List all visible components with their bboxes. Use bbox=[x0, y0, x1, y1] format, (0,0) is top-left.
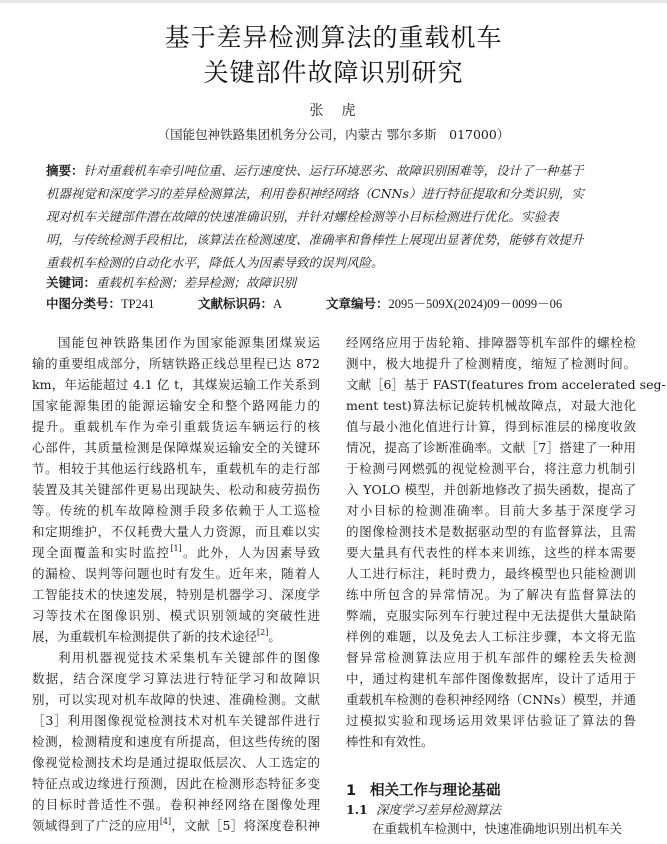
body-line: 国家能源集团的能源运输安全和整个路网能力的 bbox=[32, 398, 320, 414]
citation-ref[interactable]: [4] bbox=[160, 817, 171, 826]
body-line: 输的重要组成部分，所辖铁路正线总里程已达 872 bbox=[32, 356, 320, 372]
body-line: 对小目标的检测准确率。目前大多基于深度学习 bbox=[346, 503, 636, 519]
author-affiliation: （国能包神铁路集团机务分公司，内蒙古 鄂尔多斯 017000） bbox=[0, 125, 667, 143]
body-line: 等。传统的机车故障检测手段多依赖于人工巡检 bbox=[32, 503, 320, 519]
body-line: 入 YOLO 模型，并创新地修改了损失函数，提高了 bbox=[346, 482, 636, 498]
citation-ref[interactable]: [1] bbox=[170, 544, 181, 553]
abstract-label: 摘要： bbox=[46, 163, 84, 178]
body-line: 的目标时普适性不强。卷积神经网络在图像处理 bbox=[32, 797, 320, 813]
section-heading-1: 1相关工作与理论基础 bbox=[346, 779, 501, 800]
body-line: 展，为重载机车检测提供了新的技术途径[2]。 bbox=[32, 629, 320, 645]
body-line: 和定期维护，不仅耗费大量人力资源，而且难以实 bbox=[32, 524, 320, 540]
body-line: 现全面覆盖和实时监控[1]。此外，人为因素导致 bbox=[32, 545, 320, 561]
body-line: 像视觉检测技术均是通过提取低层次、人工选定的 bbox=[32, 755, 320, 771]
body-line: 情况，提高了诊断准确率。文献［7］搭建了一种用 bbox=[346, 440, 636, 456]
article-no-line: 文章编号：2095－509X(2024)09－0099－06 bbox=[326, 296, 562, 312]
abstract-line: 现对机车关键部件潜在故障的快速准确识别，并针对螺栓检测等小目标检测进行优化。实验… bbox=[46, 209, 606, 225]
body-line: 在重载机车检测中，快速准确地识别出机车关 bbox=[346, 821, 636, 837]
page-top-border bbox=[0, 0, 667, 3]
abstract-line: 摘要：针对重载机车牵引吨位重、运行速度快、运行环境恶劣、故障识别困难等，设计了一… bbox=[46, 163, 606, 179]
keywords-line: 关键词：重载机车检测；差异检测；故障识别 bbox=[46, 275, 606, 291]
abstract-line: 机器视觉和深度学习的差异检测算法，利用卷积神经网络（CNNs）进行特征提取和分类… bbox=[46, 186, 606, 202]
paper-title-line-2: 关键部件故障识别研究 bbox=[0, 53, 667, 89]
body-line: ［3］利用图像视觉检测技术对机车关键部件进行 bbox=[32, 713, 320, 729]
body-line: 的漏检、误判等问题也时有发生。近年来，随着人 bbox=[32, 566, 320, 582]
clc-value: TP241 bbox=[121, 297, 154, 311]
section-heading-1-1: 1.1深度学习差异检测算法 bbox=[346, 800, 501, 818]
body-line: 工智能技术的快速发展，特别是机器学习、深度学 bbox=[32, 587, 320, 603]
body-line: 习等技术在图像识别、模式识别领域的突破性进 bbox=[32, 608, 320, 624]
body-line: 练中所包含的异常情况。为了解决有监督算法的 bbox=[346, 587, 636, 603]
abstract-line: 重载机车检测的自动化水平，降低人为因素导致的误判风险。 bbox=[46, 255, 606, 271]
paper-title-line-1: 基于差异检测算法的重载机车 bbox=[0, 18, 667, 54]
body-line: 检测，检测精度和速度有所提高，但这些传统的图 bbox=[32, 734, 320, 750]
body-line: 人工进行标注，耗时费力，最终模型也只能检测训 bbox=[346, 566, 636, 582]
body-line: 测中，极大地提升了检测精度，缩短了检测时间。 bbox=[346, 356, 636, 372]
body-line: 利用机器视觉技术采集机车关键部件的图像 bbox=[32, 650, 320, 666]
body-line: ment test)算法标记旋转机械故障点，对最大池化 bbox=[346, 398, 636, 414]
author-name: 张 虎 bbox=[0, 100, 667, 120]
body-line: 要大量具有代表性的样本来训练，这些的样本需要 bbox=[346, 545, 636, 561]
body-line: 别，可以实现对机车故障的快速、准确检测。文献 bbox=[32, 692, 320, 708]
doc-code-value: A bbox=[273, 297, 282, 311]
keywords-value: 重载机车检测；差异检测；故障识别 bbox=[96, 275, 296, 290]
body-line: 国能包神铁路集团作为国家能源集团煤炭运 bbox=[32, 335, 320, 351]
body-line: 于检测弓网燃弧的视觉检测平台，将注意力机制引 bbox=[346, 461, 636, 477]
citation-ref[interactable]: [2] bbox=[257, 628, 268, 637]
body-line: 经网络应用于齿轮箱、排障器等机车部件的螺栓检 bbox=[346, 335, 636, 351]
body-line: km，年运能超过 4.1 亿 t，其煤炭运输工作关系到 bbox=[32, 377, 320, 393]
body-line: 领域得到了广泛的应用[4]，文献［5］将深度卷积神 bbox=[32, 818, 320, 834]
body-line: 值与最小池化值进行计算，得到标准层的梯度收敛 bbox=[346, 419, 636, 435]
body-line: 特征点或边缘进行预测，因此在检测形态特征多变 bbox=[32, 776, 320, 792]
body-line: 中，通过构建机车部件图像数据库，设计了适用于 bbox=[346, 671, 636, 687]
keywords-label: 关键词： bbox=[46, 275, 96, 290]
body-line: 重载机车检测的卷积神经网络（CNNs）模型，并通 bbox=[346, 692, 636, 708]
body-line: 棒性和有效性。 bbox=[346, 734, 636, 750]
clc-line: 中图分类号：TP241 bbox=[46, 296, 154, 312]
body-line: 装置及其关键部件更易出现缺失、松动和疲劳损伤 bbox=[32, 482, 320, 498]
body-line: 督异常检测算法应用于机车部件的螺栓丢失检测 bbox=[346, 650, 636, 666]
body-line: 样例的难题，以及免去人工标注步骤，本文将无监 bbox=[346, 629, 636, 645]
body-line: 节。相较于其他运行线路机车，重载机车的走行部 bbox=[32, 461, 320, 477]
body-line: 数据，结合深度学习算法进行特征学习和故障识 bbox=[32, 671, 320, 687]
article-no-value: 2095－509X(2024)09－0099－06 bbox=[389, 297, 563, 311]
body-line: 弊端，克服实际列车行驶过程中无法提供大量缺陷 bbox=[346, 608, 636, 624]
abstract-line: 明，与传统检测手段相比，该算法在检测速度、准确率和鲁棒性上展现出显著优势，能够有… bbox=[46, 232, 606, 248]
body-line: 文献［6］基于 FAST(features from accelerated s… bbox=[346, 377, 636, 393]
body-line: 的图像检测技术是数据驱动型的有监督算法，且需 bbox=[346, 524, 636, 540]
body-line: 心部件，其质量检测是保障煤炭运输安全的关键环 bbox=[32, 440, 320, 456]
doc-code-line: 文献标识码：A bbox=[198, 296, 282, 312]
body-line: 提升。重载机车作为牵引重载货运车辆运行的核 bbox=[32, 419, 320, 435]
body-line: 过模拟实验和现场运用效果评估验证了算法的鲁 bbox=[346, 713, 636, 729]
